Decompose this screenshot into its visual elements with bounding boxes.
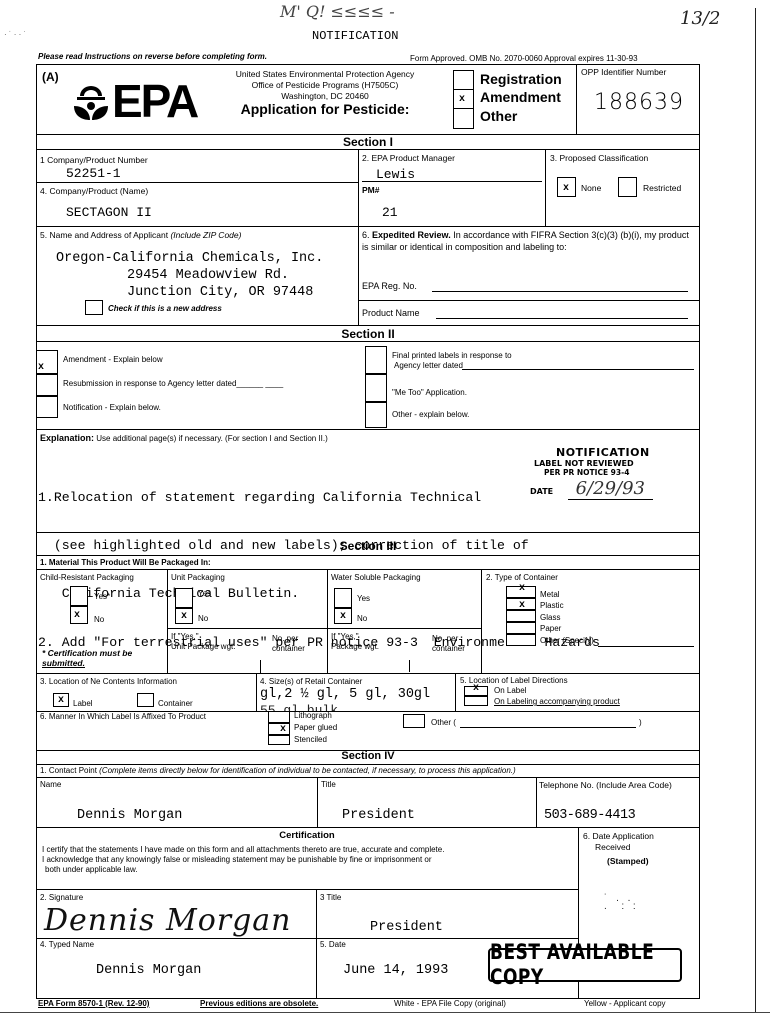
classification-none-checkbox[interactable]: x	[557, 177, 576, 197]
registration-label: Registration	[480, 71, 562, 87]
stamp-date-value: 6/29/93	[568, 478, 653, 500]
unit-packaging-no-label: No	[198, 614, 208, 623]
amendment-checkbox[interactable]: x	[453, 89, 474, 110]
unit-container-label: container	[272, 644, 305, 654]
date-value: June 14, 1993	[343, 963, 448, 978]
signature-value[interactable]: Dennis Morgan	[44, 903, 292, 938]
product-name-value: SECTAGON II	[66, 205, 152, 220]
contact-divider-1	[317, 777, 318, 827]
water-soluble-label: Water Soluble Packaging	[331, 573, 421, 582]
form-title: Application for Pesticide:	[200, 104, 450, 115]
handwritten-annotation-right: 13/2	[680, 8, 720, 29]
obsolete-notice: Previous editions are obsolete.	[200, 999, 318, 1008]
water-soluble-yes-checkbox[interactable]	[334, 588, 352, 608]
applicant-label-italic: (Include ZIP Code)	[170, 230, 241, 240]
typed-name-top-line	[36, 938, 578, 939]
retail-sizes-label: 4. Size(s) of Retail Container	[260, 677, 362, 686]
contact-title-label: Title	[321, 780, 336, 789]
col-divider-2	[327, 569, 328, 673]
directions-on-labeling-checkbox[interactable]	[464, 696, 488, 706]
affixed-label: 6. Manner In Which Label Is Affixed To P…	[40, 712, 206, 721]
label-a: (A)	[42, 70, 59, 84]
stamp-date-label: DATE	[530, 487, 553, 496]
product-name2-field[interactable]	[436, 318, 688, 319]
agency-line-2: Office of Pesticide Programs (H7505C)	[200, 80, 450, 91]
certification-text-1: I certify that the statements I have mad…	[42, 845, 578, 855]
container-paper-checkbox[interactable]	[506, 622, 536, 634]
unit-packaging-no-checkbox[interactable]: x	[175, 608, 193, 624]
child-resistant-yes-checkbox[interactable]	[70, 586, 88, 606]
unit-if-yes: If "Yes," Unit Package wgt.	[171, 632, 235, 652]
new-address-checkbox[interactable]	[85, 300, 103, 315]
product-manager-value: Lewis	[376, 167, 415, 182]
final-labels-label: Final printed labels in response to Agen…	[392, 351, 512, 371]
container-other-field[interactable]	[598, 646, 694, 647]
contact-name-value: Dennis Morgan	[77, 808, 182, 823]
row-location-line	[36, 673, 700, 674]
row2-line	[36, 226, 700, 227]
form-number: EPA Form 8570-1 (Rev. 12-90)	[38, 999, 149, 1008]
date-received-note: (Stamped)	[583, 856, 654, 867]
contact-point-label: 1. Contact Point	[40, 766, 97, 775]
stamp-line-3: PER PR NOTICE 93-4	[544, 468, 694, 477]
affixed-paper-glued-label: Paper glued	[294, 723, 337, 732]
contents-container-option: Container	[158, 699, 193, 708]
agency-info: United States Environmental Protection A…	[200, 69, 450, 115]
section1-title: Section I	[36, 135, 700, 149]
section1-divider-right	[545, 149, 546, 227]
water-container-label: container	[432, 644, 465, 654]
classification-label: 3. Proposed Classification	[550, 153, 648, 163]
amendment-explain-checkbox[interactable]: x	[36, 350, 58, 374]
unit-if-yes-label: If "Yes,"	[171, 632, 235, 642]
classification-restricted-checkbox[interactable]	[618, 177, 637, 197]
signature-divider	[316, 889, 317, 999]
amendment-check-mark: x	[459, 94, 465, 105]
certification-top-line	[36, 827, 700, 828]
other-explain-checkbox[interactable]	[365, 402, 387, 428]
date-received-line1: 6. Date Application	[583, 831, 654, 842]
col-divider-3	[481, 569, 482, 673]
scan-speckles: · ˙ · · ˙	[4, 30, 26, 39]
me-too-checkbox[interactable]	[365, 374, 387, 402]
child-resistant-no-checkbox[interactable]: x	[70, 606, 88, 624]
unit-packaging-yes-label: Yes	[198, 589, 211, 598]
best-available-copy-stamp: BEST AVAILABLE COPY	[488, 948, 682, 982]
applicant-label: 5. Name and Address of Applicant (Includ…	[40, 230, 241, 240]
contact-name-label: Name	[40, 780, 61, 789]
yellow-copy-label: Yellow - Applicant copy	[584, 999, 666, 1008]
company-product-number-value: 52251-1	[66, 166, 121, 181]
water-wgt-tick	[409, 660, 410, 672]
amendment-label: Amendment	[480, 89, 561, 105]
child-resistant-label: Child-Resistant Packaging	[40, 573, 134, 582]
applicant-address: Oregon-California Chemicals, Inc. 29454 …	[56, 250, 323, 301]
agency-line-1: United States Environmental Protection A…	[200, 69, 450, 80]
classification-none-mark: x	[563, 183, 569, 194]
affixed-lithograph-checkbox[interactable]	[268, 711, 290, 723]
container-metal-label: Metal	[540, 590, 560, 599]
other-type-checkbox[interactable]	[453, 108, 474, 129]
affixed-other-close: )	[639, 718, 642, 727]
explanation-line-1: 1.Relocation of statement regarding Cali…	[38, 490, 600, 506]
row1-line	[36, 182, 358, 183]
water-soluble-no-label: No	[357, 614, 367, 623]
epa-flower-icon	[72, 82, 110, 122]
classification-none-label: None	[581, 183, 601, 193]
directions-on-label-checkbox[interactable]: x	[464, 686, 488, 696]
section1-divider-left	[358, 149, 359, 325]
typed-name-label: 4. Typed Name	[40, 940, 94, 949]
expedited-review-text: 6. Expedited Review. In accordance with …	[362, 229, 696, 253]
container-other-label: Other (Specify)	[540, 636, 594, 645]
water-no-per-label: No. per	[432, 634, 465, 644]
affixed-stenciled-checkbox[interactable]	[268, 735, 290, 745]
container-type-label: 2. Type of Container	[486, 573, 558, 582]
signature-label: 2. Signature	[40, 893, 83, 902]
amendment-explain-mark: x	[38, 362, 44, 373]
contact-point: 1. Contact Point (Complete items directl…	[40, 766, 516, 775]
date-received-dots: ˙ . .. : :	[604, 895, 639, 911]
explanation-label: Explanation:	[40, 433, 94, 443]
epa-logo: EPA	[72, 76, 197, 126]
water-soluble-no-checkbox[interactable]: x	[334, 608, 352, 624]
footer-bottom-line	[0, 1012, 770, 1013]
opp-number: 188639	[594, 90, 684, 115]
form-approved-text: Form Approved. OMB No. 2070-0060 Approva…	[410, 54, 638, 63]
directions-on-labeling: On Labeling accompanying product	[494, 697, 620, 706]
unit-no-per: No. per container	[272, 634, 305, 654]
amendment-explain-label: Amendment - Explain below	[63, 355, 163, 364]
me-too-label: "Me Too" Application.	[392, 388, 467, 397]
location-divider-1	[256, 673, 257, 711]
certification-text-3: both under applicable law.	[42, 865, 578, 875]
signature-top-line	[36, 889, 578, 890]
pm-number-value: 21	[382, 205, 398, 220]
scan-edge-line	[755, 8, 756, 1012]
explanation-top-line	[36, 429, 700, 430]
water-wgt-label: Package wgt.	[331, 642, 379, 652]
certification-note: * Certification must be submitted.	[42, 648, 132, 668]
applicant-line-2: 29454 Meadowview Rd.	[56, 267, 323, 284]
final-labels-checkbox[interactable]	[365, 346, 387, 374]
notification-label: Notification - Explain below.	[63, 403, 161, 412]
container-other-checkbox[interactable]	[506, 634, 536, 646]
container-glass-label: Glass	[540, 613, 560, 622]
agency-letter-date-field[interactable]	[462, 369, 694, 370]
container-plastic-checkbox[interactable]: x	[506, 598, 536, 610]
date-label: 5. Date	[320, 940, 346, 949]
affixed-stenciled-label: Stenciled	[294, 735, 327, 744]
contact-point-hint: (Complete items directly below for ident…	[99, 766, 516, 775]
section3-header-line	[36, 555, 700, 556]
contact-title-value: President	[342, 808, 415, 823]
container-paper-label: Paper	[540, 624, 561, 633]
section2-title: Section II	[36, 327, 700, 341]
other-explain-label: Other - explain below.	[392, 410, 469, 419]
contact-line	[36, 777, 700, 778]
affixed-other-field[interactable]	[460, 727, 636, 728]
opp-label: OPP Identifier Number	[581, 67, 666, 77]
applicant-label-main: 5. Name and Address of Applicant	[40, 230, 168, 240]
expedited-bold: Expedited Review.	[372, 230, 451, 240]
water-soluble-yes-label: Yes	[357, 594, 370, 603]
phone-label: Telephone No. (Include Area Code)	[539, 780, 672, 790]
date-received-line2: Received	[583, 842, 654, 853]
phone-value: 503-689-4413	[544, 808, 635, 823]
unit-packaging-no-mark: x	[181, 611, 187, 622]
container-metal-checkbox[interactable]: x	[506, 586, 536, 598]
certification-text: I certify that the statements I have mad…	[42, 845, 578, 875]
contents-label-option: Label	[73, 699, 93, 708]
other-type-label: Other	[480, 108, 517, 124]
packaged-line	[36, 569, 700, 570]
child-resistant-no-mark: x	[74, 610, 80, 621]
new-address-label: Check if this is a new address	[108, 304, 222, 313]
certification-text-2: I acknowledge that any knowingly false o…	[42, 855, 578, 865]
date-received-label: 6. Date Application Received (Stamped)	[583, 831, 654, 867]
reg-divider	[358, 300, 700, 301]
stamp-line-1: NOTIFICATION	[556, 446, 706, 459]
product-name-label: 4. Company/Product (Name)	[40, 186, 148, 196]
classification-restricted-label: Restricted	[643, 183, 681, 193]
applicant-line-3: Junction City, OR 97448	[56, 284, 323, 301]
affixed-lithograph-label: Lithograph	[294, 711, 332, 720]
container-glass-checkbox[interactable]	[506, 610, 536, 622]
title3-value: President	[370, 920, 443, 935]
unit-wgt-label: Unit Package wgt.	[171, 642, 235, 652]
section4-title: Section IV	[36, 750, 700, 762]
title3-label: 3 Title	[320, 893, 341, 902]
affixed-other-text: Other (	[431, 718, 456, 727]
water-no-per: No. per container	[432, 634, 465, 654]
water-soluble-no-mark: x	[340, 611, 346, 622]
certification-title: Certification	[36, 830, 578, 841]
explanation-hint: Use additional page(s) if necessary. (Fo…	[96, 434, 328, 443]
retail-sizes-line-2: 55 gl bulk	[260, 703, 338, 711]
container-plastic-label: Plastic	[540, 601, 564, 610]
product-name2-label: Product Name	[362, 308, 420, 318]
col-divider-1	[167, 569, 168, 673]
stamp-line-2: LABEL NOT REVIEWED	[534, 459, 684, 468]
contents-label-mark: x	[58, 695, 64, 706]
white-copy-label: White - EPA File Copy (original)	[394, 999, 506, 1008]
resubmission-checkbox[interactable]	[36, 374, 58, 396]
best-available-copy-text: BEST AVAILABLE COPY	[490, 940, 680, 990]
certification-note-2: submitted.	[42, 658, 132, 668]
section2-top-line	[36, 325, 700, 326]
unit-if-yes-line	[167, 628, 481, 629]
directions-on-label-mark: x	[473, 683, 479, 694]
water-if-yes: If "Yes," Package wgt.	[331, 632, 379, 652]
pm-label: PM#	[362, 185, 379, 195]
product-manager-label: 2. EPA Product Manager	[362, 153, 455, 163]
unit-packaging-yes-checkbox[interactable]	[175, 588, 193, 608]
applicant-line-1: Oregon-California Chemicals, Inc.	[56, 250, 323, 267]
epa-reg-label: EPA Reg. No.	[362, 281, 417, 291]
explanation-header: Explanation: Use additional page(s) if n…	[40, 433, 328, 443]
child-resistant-no-label: No	[94, 615, 104, 624]
location-divider-2	[455, 673, 456, 711]
epa-logo-text: EPA	[112, 74, 197, 128]
directions-on-label: On Label	[494, 686, 526, 695]
unit-wgt-tick	[260, 660, 261, 674]
registration-checkbox[interactable]	[453, 70, 474, 91]
company-product-number-label: 1 Company/Product Number	[40, 155, 148, 165]
product-manager-underline	[362, 181, 542, 182]
final-labels-line1: Final printed labels in response to	[392, 351, 512, 361]
handwritten-annotation-top: M' Q! ≤≤≤≤ -	[280, 2, 395, 21]
resubmission-label: Resubmission in response to Agency lette…	[63, 379, 283, 388]
contents-label-checkbox[interactable]: x	[53, 693, 69, 707]
section3-top-line	[36, 532, 700, 533]
instructions-text: Please read Instructions on reverse befo…	[38, 52, 267, 61]
contents-container-checkbox[interactable]	[137, 693, 154, 707]
epa-reg-field[interactable]	[432, 291, 688, 292]
packaged-label: 1. Material This Product Will Be Package…	[40, 558, 211, 567]
affixed-paper-glued-mark: x	[280, 724, 286, 735]
affixed-paper-glued-checkbox[interactable]: x	[268, 723, 290, 735]
section4-header-line	[36, 764, 700, 765]
contents-location-label: 3. Location of Ne Contents Information	[40, 677, 177, 686]
notification-checkbox[interactable]	[36, 396, 58, 418]
opp-divider	[576, 64, 577, 134]
notification-heading: NOTIFICATION	[312, 29, 398, 43]
water-if-yes-label: If "Yes,"	[331, 632, 379, 642]
section3-title: Section III	[36, 539, 700, 553]
contact-divider-2	[536, 777, 537, 827]
unit-packaging-label: Unit Packaging	[171, 573, 225, 582]
typed-name-value: Dennis Morgan	[96, 963, 201, 978]
stamp-date-row: DATE 6/29/93	[534, 478, 684, 500]
affixed-other-checkbox[interactable]	[403, 714, 425, 728]
expedited-num: 6.	[362, 230, 370, 240]
unit-no-per-label: No. per	[272, 634, 305, 644]
retail-sizes-line-1: gl,2 ½ gl, 5 gl, 30gl	[260, 687, 430, 702]
section2-header-line	[36, 341, 700, 342]
section1-header-line	[36, 149, 700, 150]
child-resistant-yes-label: Yes*	[94, 592, 110, 601]
footer: EPA Form 8570-1 (Rev. 12-90) Previous ed…	[38, 999, 700, 1011]
certification-note-1: * Certification must be	[42, 648, 132, 658]
container-metal-mark: x	[519, 583, 525, 594]
notification-stamp: NOTIFICATION LABEL NOT REVIEWED PER PR N…	[534, 446, 684, 500]
